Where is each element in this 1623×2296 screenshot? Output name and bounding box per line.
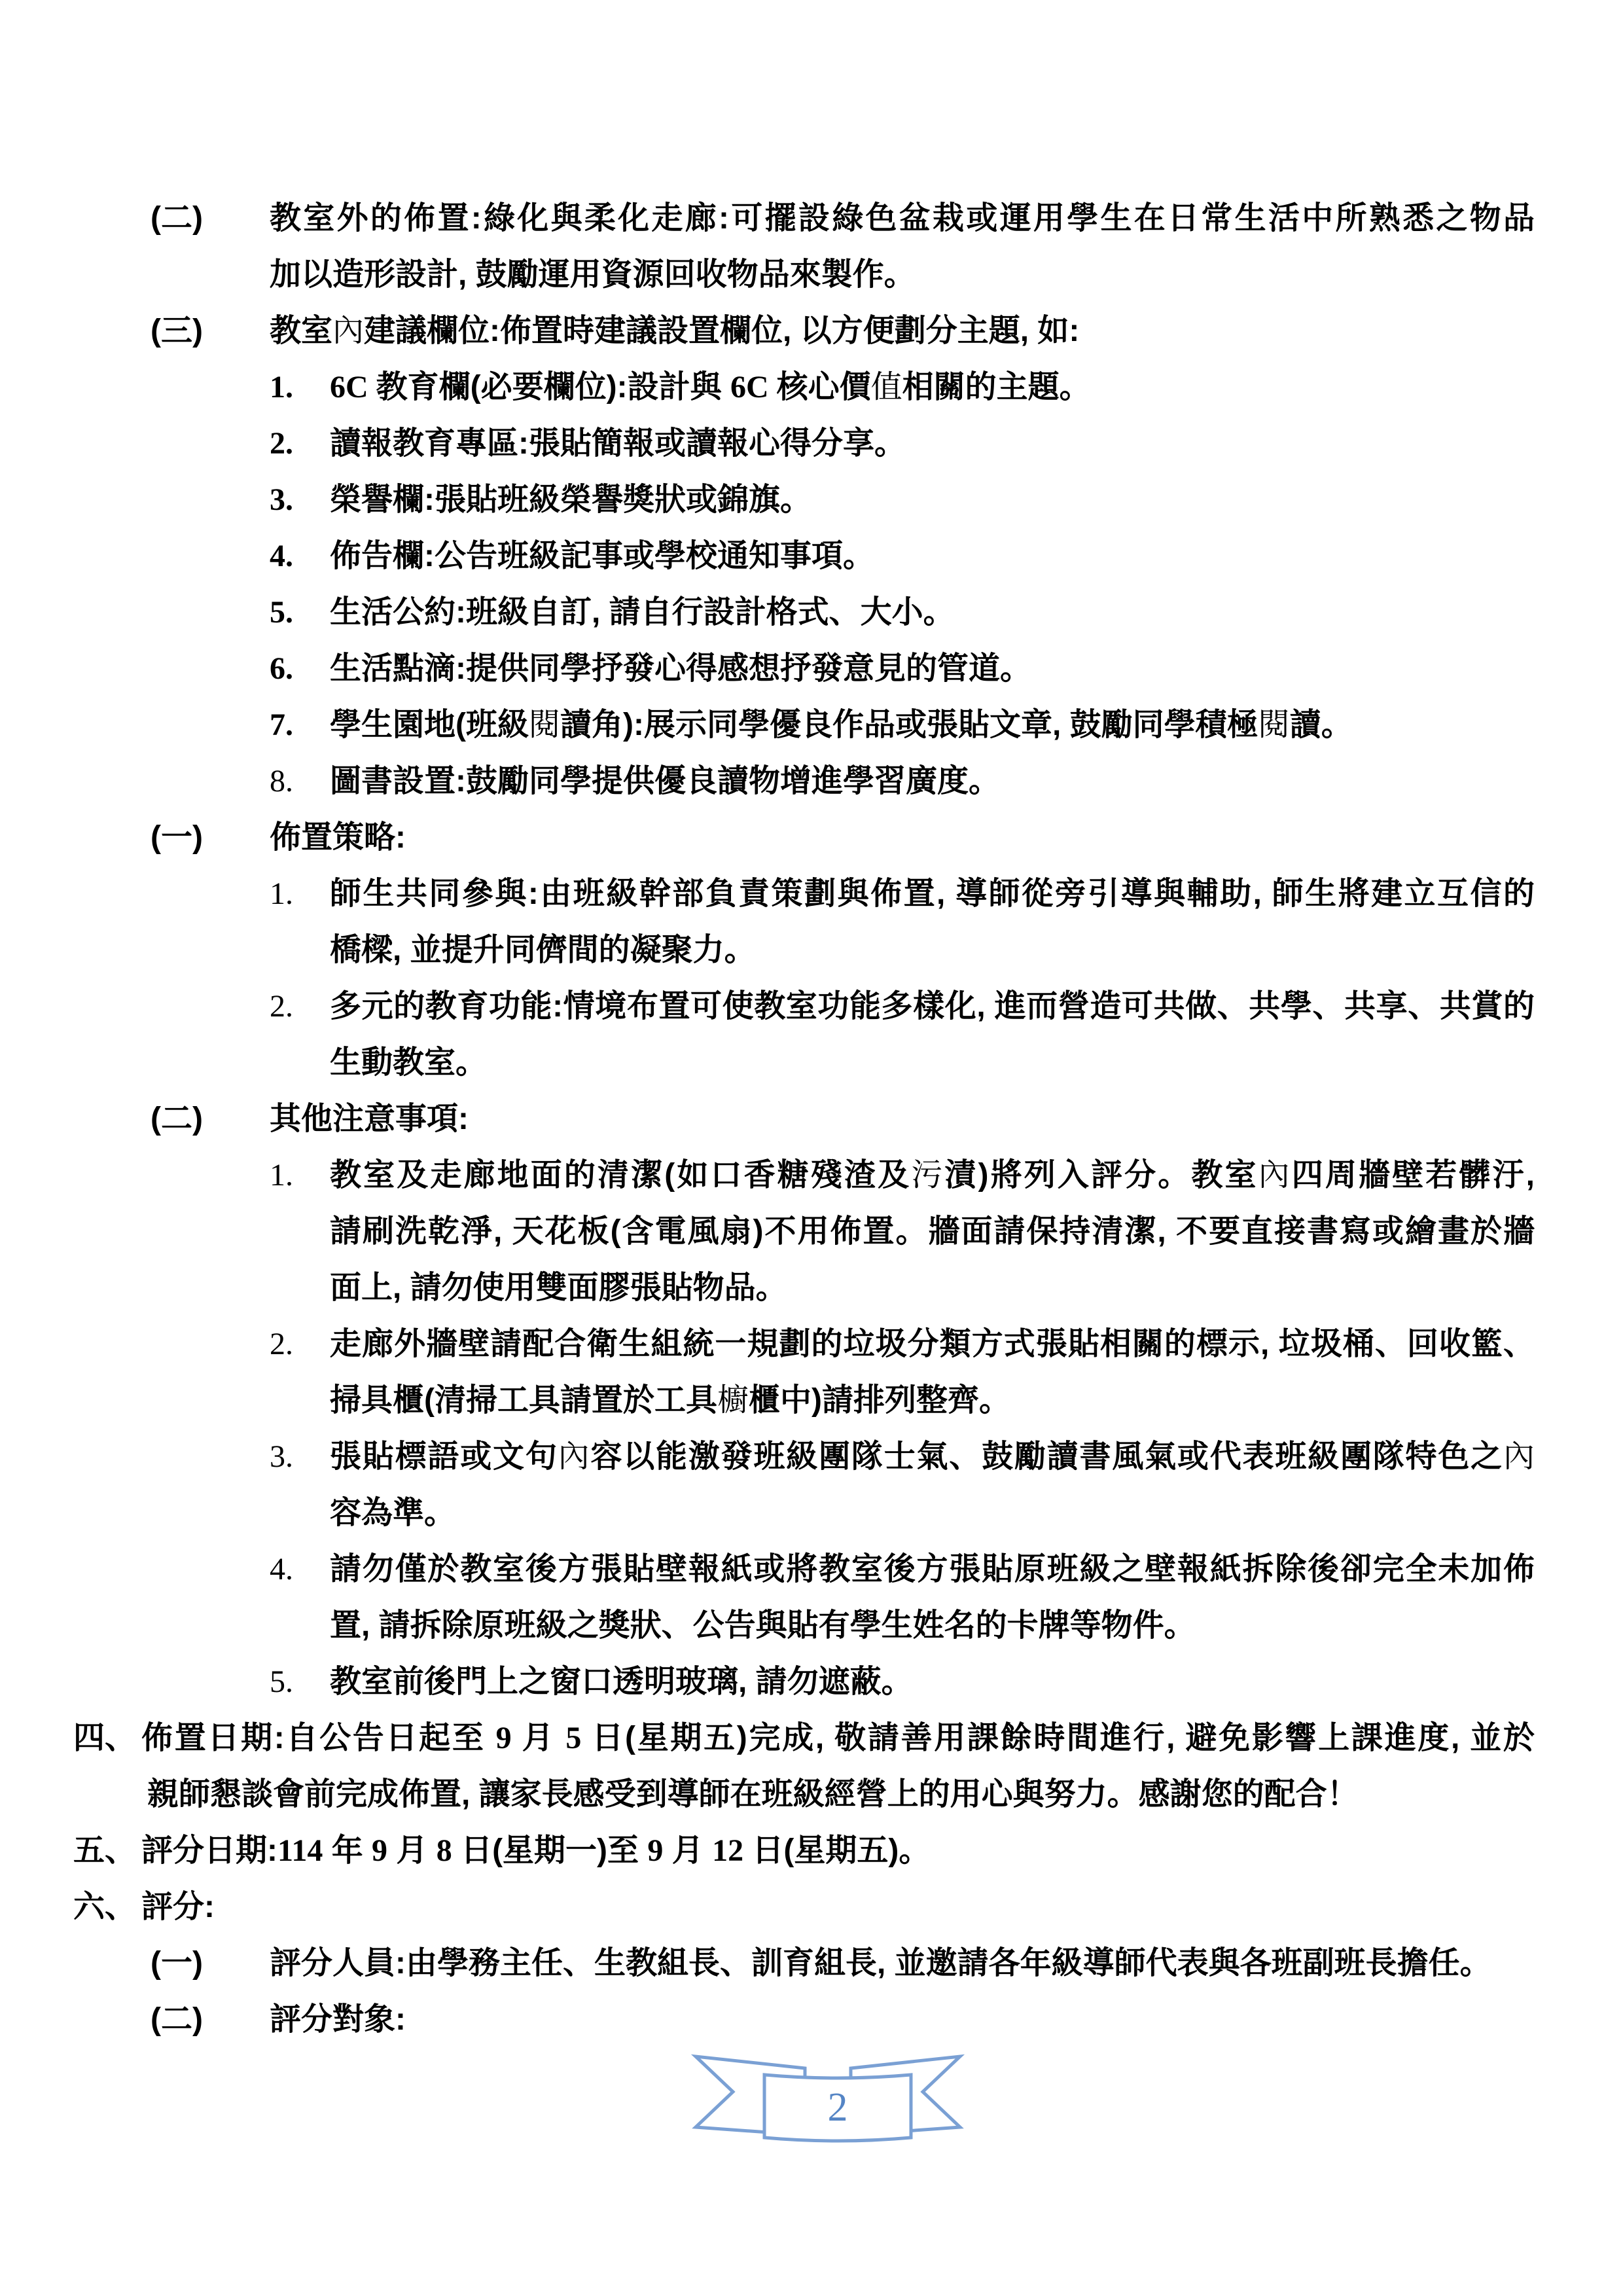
list-marker: 1.: [270, 866, 330, 922]
document-body: (二)教室外的佈置:綠化與柔化走廊:可擺設綠色盆栽或運用學生在日常生活中所熟悉之…: [0, 190, 1623, 2048]
document-line: 加以造形設計, 鼓勵運用資源回收物品來製作。: [270, 247, 1535, 303]
list-marker: (一): [151, 810, 270, 866]
list-marker: (二): [151, 1992, 270, 2048]
list-marker: 四、: [73, 1710, 141, 1767]
list-marker: 5.: [270, 1654, 330, 1710]
document-line: 1.6C 教育欄(必要欄位):設計與 6C 核心價值相關的主題。: [270, 359, 1535, 416]
document-line: 8.圖書設置:鼓勵同學提供優良讀物增進學習廣度。: [270, 753, 1535, 810]
document-line: 六、評分:: [73, 1879, 1535, 1935]
document-line: 1.師生共同參與:由班級幹部負責策劃與佈置, 導師從旁引導與輔助, 師生將建立互…: [270, 866, 1535, 922]
list-marker: (二): [151, 1091, 270, 1147]
document-line: 6.生活點滴:提供同學抒發心得感想抒發意見的管道。: [270, 641, 1535, 697]
document-line: 3.榮譽欄:張貼班級榮譽獎狀或錦旗。: [270, 472, 1535, 528]
line-text: 評分人員:由學務主任、生教組長、訓育組長, 並邀請各年級導師代表與各班副班長擔任…: [270, 1935, 1535, 1992]
document-line: 2.讀報教育專區:張貼簡報或讀報心得分享。: [270, 416, 1535, 472]
line-text: 評分對象:: [270, 1992, 1535, 2048]
list-marker: 2.: [270, 416, 330, 472]
document-line: 2.走廊外牆壁請配合衛生組統一規劃的垃圾分類方式張貼相關的標示, 垃圾桶、回收籃…: [270, 1316, 1535, 1372]
line-text: 多元的教育功能:情境布置可使教室功能多樣化, 進而營造可共做、共學、共享、共賞的: [330, 978, 1535, 1035]
line-text: 走廊外牆壁請配合衛生組統一規劃的垃圾分類方式張貼相關的標示, 垃圾桶、回收籃、: [330, 1316, 1535, 1372]
list-marker: 8.: [270, 753, 330, 810]
line-text: 請刷洗乾淨, 天花板(含電風扇)不用佈置。牆面請保持清潔, 不要直接書寫或繪畫於…: [330, 1204, 1535, 1260]
document-line: 5.教室前後門上之窗口透明玻璃, 請勿遮蔽。: [270, 1654, 1535, 1710]
list-marker: (三): [151, 303, 270, 359]
document-line: 四、佈置日期:自公告日起至 9 月 5 日(星期五)完成, 敬請善用課餘時間進行…: [73, 1710, 1535, 1767]
line-text: 榮譽欄:張貼班級榮譽獎狀或錦旗。: [330, 472, 1535, 528]
line-text: 佈置策略:: [270, 810, 1535, 866]
line-text: 圖書設置:鼓勵同學提供優良讀物增進學習廣度。: [330, 753, 1535, 810]
line-text: 橋樑, 並提升同儕間的凝聚力。: [330, 922, 1535, 978]
line-text: 6C 教育欄(必要欄位):設計與 6C 核心價值相關的主題。: [330, 359, 1535, 416]
document-line: 親師懇談會前完成佈置, 讓家長感受到導師在班級經營上的用心與努力。感謝您的配合！: [147, 1767, 1535, 1823]
list-marker: 五、: [73, 1823, 141, 1879]
line-text: 面上, 請勿使用雙面膠張貼物品。: [330, 1260, 1535, 1316]
document-line: 容為準。: [330, 1485, 1535, 1541]
document-line: 請刷洗乾淨, 天花板(含電風扇)不用佈置。牆面請保持清潔, 不要直接書寫或繪畫於…: [330, 1204, 1535, 1260]
list-marker: 2.: [270, 1316, 330, 1372]
line-text: 親師懇談會前完成佈置, 讓家長感受到導師在班級經營上的用心與努力。感謝您的配合！: [147, 1767, 1535, 1823]
line-text: 請勿僅於教室後方張貼壁報紙或將教室後方張貼原班級之壁報紙拆除後卻完全未加佈: [330, 1541, 1535, 1598]
list-marker: 3.: [270, 472, 330, 528]
line-text: 評分日期:114 年 9 月 8 日(星期一)至 9 月 12 日(星期五)。: [141, 1823, 1535, 1879]
line-text: 佈告欄:公告班級記事或學校通知事項。: [330, 528, 1535, 584]
document-line: 2.多元的教育功能:情境布置可使教室功能多樣化, 進而營造可共做、共學、共享、共…: [270, 978, 1535, 1035]
list-marker: 5.: [270, 584, 330, 641]
list-marker: 1.: [270, 359, 330, 416]
line-text: 掃具櫃(清掃工具請置於工具櫥櫃中)請排列整齊。: [330, 1372, 1535, 1429]
document-line: 生動教室。: [330, 1035, 1535, 1091]
document-line: 4.請勿僅於教室後方張貼壁報紙或將教室後方張貼原班級之壁報紙拆除後卻完全未加佈: [270, 1541, 1535, 1598]
document-line: 3.張貼標語或文句內容以能激發班級團隊士氣、鼓勵讀書風氣或代表班級團隊特色之內: [270, 1429, 1535, 1485]
line-text: 評分:: [141, 1879, 1535, 1935]
line-text: 教室內建議欄位:佈置時建議設置欄位, 以方便劃分主題, 如:: [270, 303, 1535, 359]
line-text: 佈置日期:自公告日起至 9 月 5 日(星期五)完成, 敬請善用課餘時間進行, …: [141, 1710, 1535, 1767]
document-line: 4.佈告欄:公告班級記事或學校通知事項。: [270, 528, 1535, 584]
document-line: (二)教室外的佈置:綠化與柔化走廊:可擺設綠色盆栽或運用學生在日常生活中所熟悉之…: [151, 190, 1535, 247]
line-text: 師生共同參與:由班級幹部負責策劃與佈置, 導師從旁引導與輔助, 師生將建立互信的: [330, 866, 1535, 922]
line-text: 生動教室。: [330, 1035, 1535, 1091]
line-text: 生活點滴:提供同學抒發心得感想抒發意見的管道。: [330, 641, 1535, 697]
document-line: (一)佈置策略:: [151, 810, 1535, 866]
list-marker: (二): [151, 190, 270, 247]
document-line: (三)教室內建議欄位:佈置時建議設置欄位, 以方便劃分主題, 如:: [151, 303, 1535, 359]
document-line: 置, 請拆除原班級之獎狀、公告與貼有學生姓名的卡牌等物件。: [330, 1598, 1535, 1654]
list-marker: 4.: [270, 528, 330, 584]
document-line: 1.教室及走廊地面的清潔(如口香糖殘渣及污漬)將列入評分。教室內四周牆壁若髒汙,: [270, 1147, 1535, 1204]
page: { "page": { "number_label": "2" }, "colo…: [0, 0, 1623, 2296]
line-text: 置, 請拆除原班級之獎狀、公告與貼有學生姓名的卡牌等物件。: [330, 1598, 1535, 1654]
document-line: 5.生活公約:班級自訂, 請自行設計格式、大小。: [270, 584, 1535, 641]
list-marker: 2.: [270, 978, 330, 1035]
document-line: 橋樑, 並提升同儕間的凝聚力。: [330, 922, 1535, 978]
list-marker: (一): [151, 1935, 270, 1992]
page-number: 2: [764, 2073, 911, 2142]
line-text: 教室前後門上之窗口透明玻璃, 請勿遮蔽。: [330, 1654, 1535, 1710]
list-marker: 7.: [270, 697, 330, 753]
line-text: 其他注意事項:: [270, 1091, 1535, 1147]
line-text: 讀報教育專區:張貼簡報或讀報心得分享。: [330, 416, 1535, 472]
document-line: (二)其他注意事項:: [151, 1091, 1535, 1147]
line-text: 生活公約:班級自訂, 請自行設計格式、大小。: [330, 584, 1535, 641]
document-line: (二)評分對象:: [151, 1992, 1535, 2048]
list-marker: 六、: [73, 1879, 141, 1935]
document-line: 面上, 請勿使用雙面膠張貼物品。: [330, 1260, 1535, 1316]
line-text: 教室外的佈置:綠化與柔化走廊:可擺設綠色盆栽或運用學生在日常生活中所熟悉之物品: [270, 190, 1535, 247]
list-marker: 6.: [270, 641, 330, 697]
line-text: 教室及走廊地面的清潔(如口香糖殘渣及污漬)將列入評分。教室內四周牆壁若髒汙,: [330, 1147, 1535, 1204]
document-line: 掃具櫃(清掃工具請置於工具櫥櫃中)請排列整齊。: [330, 1372, 1535, 1429]
line-text: 加以造形設計, 鼓勵運用資源回收物品來製作。: [270, 247, 1535, 303]
document-line: (一)評分人員:由學務主任、生教組長、訓育組長, 並邀請各年級導師代表與各班副班…: [151, 1935, 1535, 1992]
list-marker: 1.: [270, 1147, 330, 1204]
document-line: 7.學生園地(班級閱讀角):展示同學優良作品或張貼文章, 鼓勵同學積極閱讀。: [270, 697, 1535, 753]
line-text: 容為準。: [330, 1485, 1535, 1541]
list-marker: 3.: [270, 1429, 330, 1485]
document-line: 五、評分日期:114 年 9 月 8 日(星期一)至 9 月 12 日(星期五)…: [73, 1823, 1535, 1879]
list-marker: 4.: [270, 1541, 330, 1598]
line-text: 學生園地(班級閱讀角):展示同學優良作品或張貼文章, 鼓勵同學積極閱讀。: [330, 697, 1535, 753]
line-text: 張貼標語或文句內容以能激發班級團隊士氣、鼓勵讀書風氣或代表班級團隊特色之內: [330, 1429, 1535, 1485]
